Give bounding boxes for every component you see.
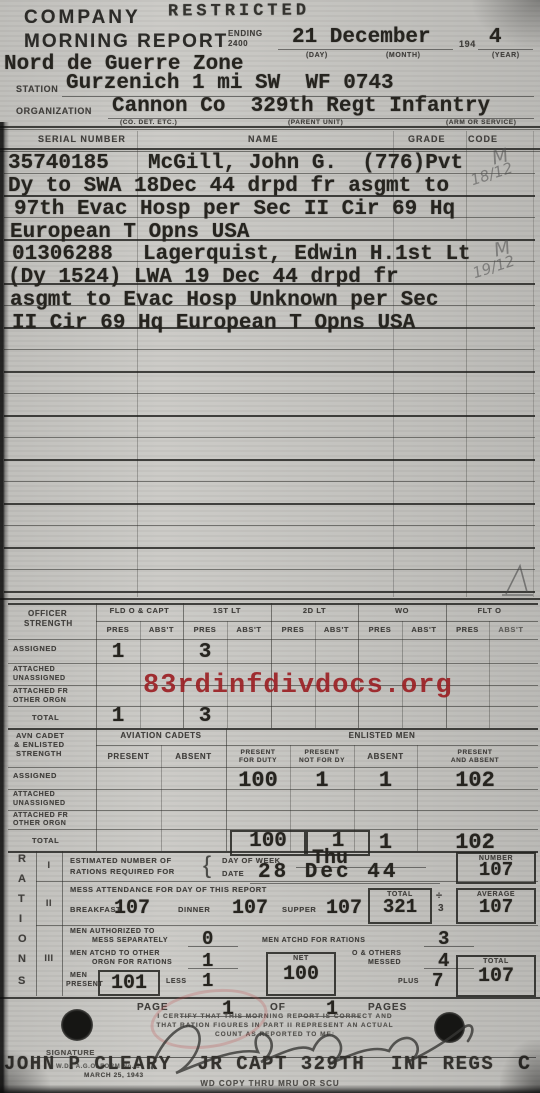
corner-mark: C [518, 1053, 530, 1076]
certifying-officer-name: JOHN P CLEARY JR CAPT 329TH INF REGS [4, 1053, 494, 1075]
signature-handwriting [0, 0, 540, 1093]
morning-report-scan: RESTRICTED COMPANY MORNING REPORT ENDING… [0, 0, 540, 1093]
